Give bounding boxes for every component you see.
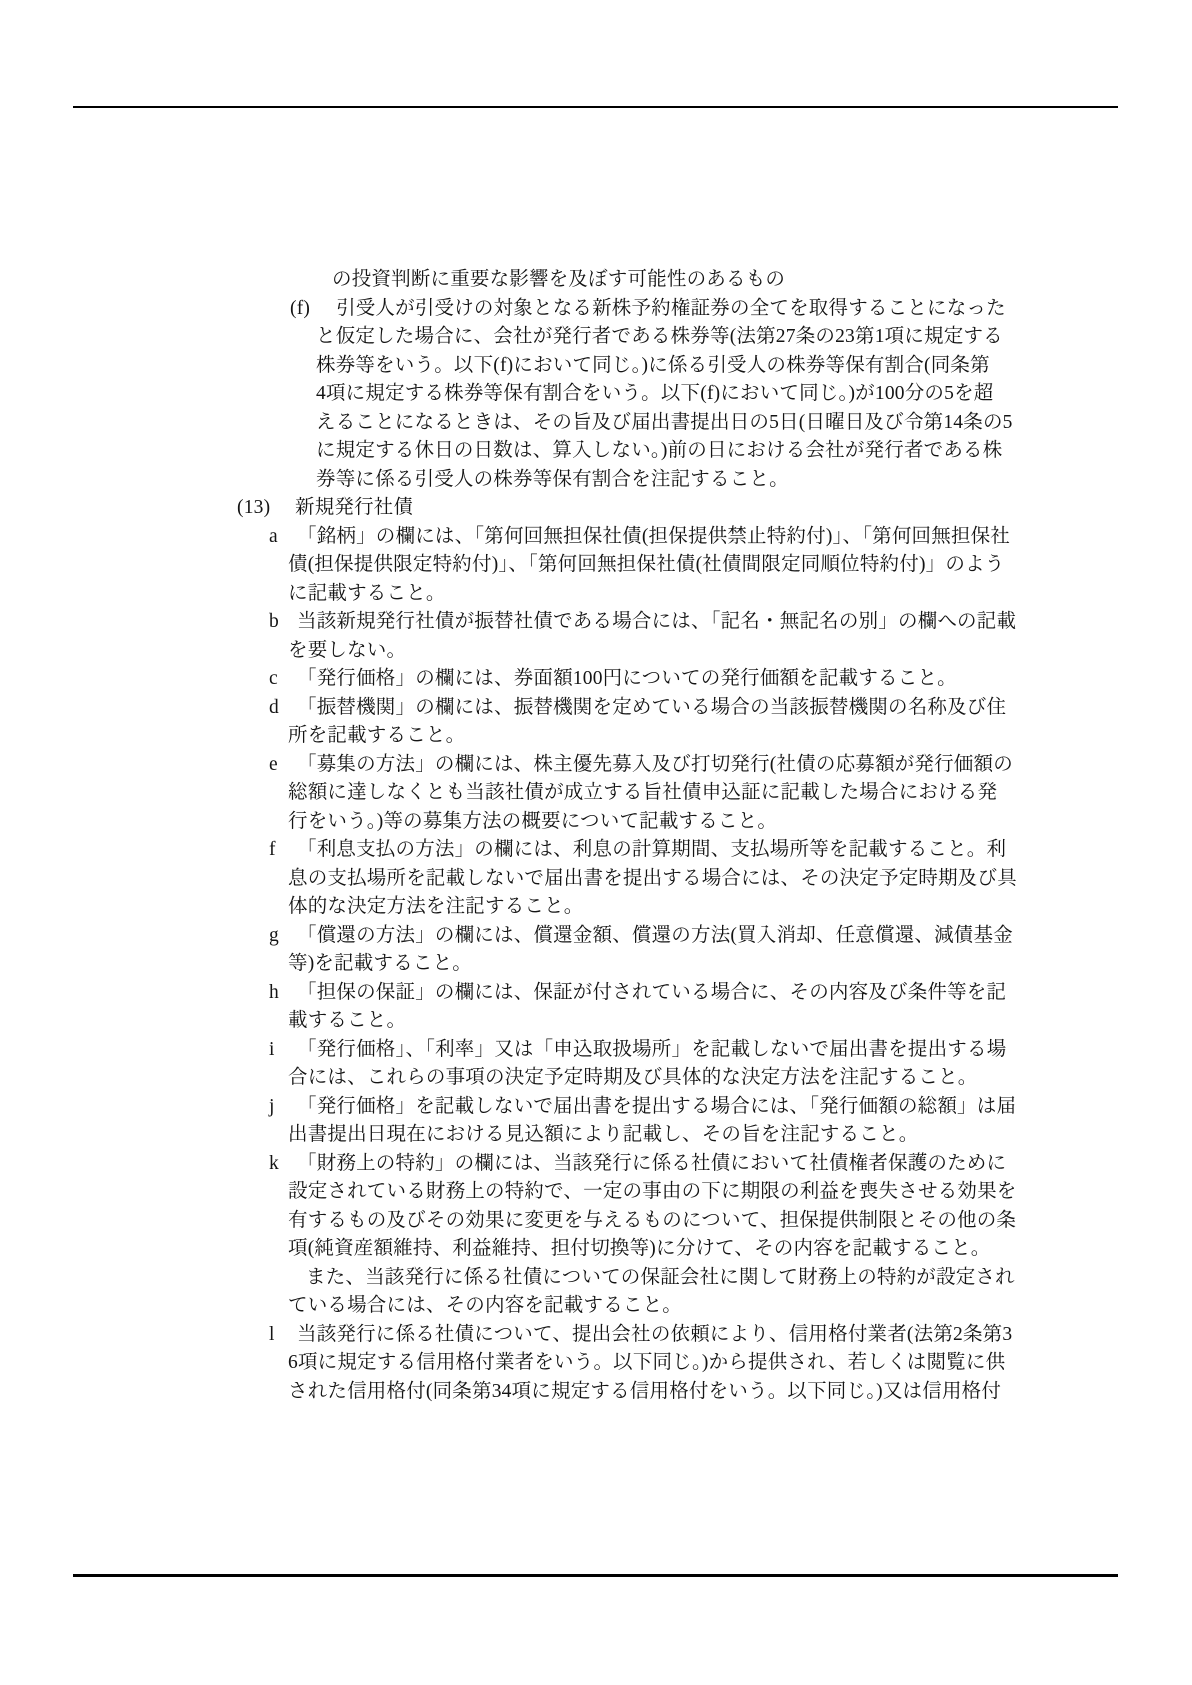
line-text: 「発行価格」、「利率」又は「申込取扱場所」を記載しないで届出書を提出する場: [297, 1039, 1006, 1060]
text-line: 載すること。: [0, 1007, 1192, 1036]
text-line: ている場合には、その内容を記載すること。: [0, 1292, 1192, 1321]
line-text: を要しない。: [288, 640, 406, 661]
item-marker: l: [269, 1321, 297, 1350]
text-line: の投資判断に重要な影響を及ぼす可能性のあるもの: [0, 266, 1192, 295]
line-text: と仮定した場合に、会社が発行者である株券等(法第27条の23第1項に規定する: [316, 326, 1003, 347]
text-line: えることになるときは、その旨及び届出書提出日の5日(日曜日及び令第14条の5: [0, 409, 1192, 438]
text-line: と仮定した場合に、会社が発行者である株券等(法第27条の23第1項に規定する: [0, 323, 1192, 352]
text-line: 所を記載すること。: [0, 722, 1192, 751]
line-text: 「募集の方法」の欄には、株主優先募入及び打切発行(社債の応募額が発行価額の: [297, 754, 1013, 775]
line-text: 「償還の方法」の欄には、償還金額、償還の方法(買入消却、任意償還、減債基金: [297, 925, 1013, 946]
text-line: 総額に達しなくとも当該社債が成立する旨社債申込証に記載した場合における発: [0, 779, 1192, 808]
text-line: また、当該発行に係る社債についての保証会社に関して財務上の特約が設定され: [0, 1264, 1192, 1293]
line-text: 新規発行社債: [295, 497, 413, 518]
text-line: 有するもの及びその効果に変更を与えるものについて、担保提供制限とその他の条: [0, 1207, 1192, 1236]
text-line: 等)を記載すること。: [0, 950, 1192, 979]
text-line: l当該発行に係る社債について、提出会社の依頼により、信用格付業者(法第2条第3: [0, 1321, 1192, 1350]
item-marker: j: [269, 1093, 297, 1122]
line-text: 体的な決定方法を注記すること。: [288, 896, 584, 917]
text-line: に記載すること。: [0, 580, 1192, 609]
item-marker: i: [269, 1036, 297, 1065]
text-line: 合には、これらの事項の決定予定時期及び具体的な決定方法を注記すること。: [0, 1064, 1192, 1093]
line-text: 株券等をいう。以下(f)において同じ。)に係る引受人の株券等保有割合(同条第: [316, 355, 990, 376]
text-line: に規定する休日の日数は、算入しない。)前の日における会社が発行者である株: [0, 437, 1192, 466]
text-line: f「利息支払の方法」の欄には、利息の計算期間、支払場所等を記載すること。利: [0, 836, 1192, 865]
line-text: 「財務上の特約」の欄には、当該発行に係る社債において社債権者保護のために: [297, 1153, 1006, 1174]
text-line: 6項に規定する信用格付業者をいう。以下同じ。)から提供され、若しくは閲覧に供: [0, 1349, 1192, 1378]
text-line: された信用格付(同条第34項に規定する信用格付をいう。以下同じ。)又は信用格付: [0, 1378, 1192, 1407]
line-text: に記載すること。: [288, 583, 446, 604]
footer-rule: [73, 1574, 1118, 1577]
line-text: ている場合には、その内容を記載すること。: [288, 1295, 682, 1316]
item-marker: e: [269, 751, 297, 780]
text-line: 株券等をいう。以下(f)において同じ。)に係る引受人の株券等保有割合(同条第: [0, 352, 1192, 381]
line-text: 設定されている財務上の特約で、一定の事由の下に期限の利益を喪失させる効果を: [288, 1181, 1017, 1202]
line-text: 「担保の保証」の欄には、保証が付されている場合に、その内容及び条件等を記: [297, 982, 1006, 1003]
item-marker: k: [269, 1150, 297, 1179]
text-line: h「担保の保証」の欄には、保証が付されている場合に、その内容及び条件等を記: [0, 979, 1192, 1008]
header-rule: [73, 106, 1118, 108]
item-marker: b: [269, 608, 297, 637]
text-line: を要しない。: [0, 637, 1192, 666]
line-text: 「利息支払の方法」の欄には、利息の計算期間、支払場所等を記載すること。利: [297, 839, 1006, 860]
line-text: 「振替機関」の欄には、振替機関を定めている場合の当該振替機関の名称及び住: [297, 697, 1006, 718]
text-line: j「発行価格」を記載しないで届出書を提出する場合には、「発行価額の総額」は届: [0, 1093, 1192, 1122]
line-text: 券等に係る引受人の株券等保有割合を注記すること。: [316, 469, 789, 490]
item-marker: a: [269, 523, 297, 552]
text-line: 出書提出日現在における見込額により記載し、その旨を注記すること。: [0, 1121, 1192, 1150]
text-line: a「銘柄」の欄には、「第何回無担保社債(担保提供禁止特約付)」、「第何回無担保社: [0, 523, 1192, 552]
text-line: (13)新規発行社債: [0, 494, 1192, 523]
text-line: e「募集の方法」の欄には、株主優先募入及び打切発行(社債の応募額が発行価額の: [0, 751, 1192, 780]
text-line: 体的な決定方法を注記すること。: [0, 893, 1192, 922]
text-line: g「償還の方法」の欄には、償還金額、償還の方法(買入消却、任意償還、減債基金: [0, 922, 1192, 951]
line-text: 4項に規定する株券等保有割合をいう。以下(f)において同じ。)が100分の5を超: [316, 383, 993, 404]
text-line: 息の支払場所を記載しないで届出書を提出する場合には、その決定予定時期及び具: [0, 865, 1192, 894]
line-text: えることになるときは、その旨及び届出書提出日の5日(日曜日及び令第14条の5: [316, 412, 1013, 433]
line-text: 所を記載すること。: [288, 725, 465, 746]
line-text: 行をいう。)等の募集方法の概要について記載すること。: [288, 811, 777, 832]
item-marker: (f): [290, 295, 336, 324]
line-text: された信用格付(同条第34項に規定する信用格付をいう。以下同じ。)又は信用格付: [288, 1381, 1001, 1402]
line-text: 載すること。: [288, 1010, 406, 1031]
text-line: 券等に係る引受人の株券等保有割合を注記すること。: [0, 466, 1192, 495]
text-line: d「振替機関」の欄には、振替機関を定めている場合の当該振替機関の名称及び住: [0, 694, 1192, 723]
text-line: 項(純資産額維持、利益維持、担付切換等)に分けて、その内容を記載すること。: [0, 1235, 1192, 1264]
line-text: 6項に規定する信用格付業者をいう。以下同じ。)から提供され、若しくは閲覧に供: [288, 1352, 1005, 1373]
line-text: に規定する休日の日数は、算入しない。)前の日における会社が発行者である株: [316, 440, 1002, 461]
item-marker: g: [269, 922, 297, 951]
line-text: 有するもの及びその効果に変更を与えるものについて、担保提供制限とその他の条: [288, 1210, 1016, 1231]
line-text: 引受人が引受けの対象となる新株予約権証券の全てを取得することになった: [336, 298, 1006, 319]
item-marker: h: [269, 979, 297, 1008]
line-text: 出書提出日現在における見込額により記載し、その旨を注記すること。: [288, 1124, 918, 1145]
line-text: 当該新規発行社債が振替社債である場合には、「記名・無記名の別」の欄への記載: [297, 611, 1016, 632]
line-text: 「銘柄」の欄には、「第何回無担保社債(担保提供禁止特約付)」、「第何回無担保社: [297, 526, 1010, 547]
text-line: 行をいう。)等の募集方法の概要について記載すること。: [0, 808, 1192, 837]
line-text: 「発行価格」を記載しないで届出書を提出する場合には、「発行価額の総額」は届: [297, 1096, 1016, 1117]
text-line: i「発行価格」、「利率」又は「申込取扱場所」を記載しないで届出書を提出する場: [0, 1036, 1192, 1065]
line-text: 合には、これらの事項の決定予定時期及び具体的な決定方法を注記すること。: [288, 1067, 978, 1088]
item-marker: c: [269, 665, 297, 694]
line-text: 等)を記載すること。: [288, 953, 472, 974]
line-text: 「発行価格」の欄には、券面額100円についての発行価額を記載すること。: [297, 668, 957, 689]
line-text: 息の支払場所を記載しないで届出書を提出する場合には、その決定予定時期及び具: [288, 868, 1017, 889]
text-line: k「財務上の特約」の欄には、当該発行に係る社債において社債権者保護のために: [0, 1150, 1192, 1179]
document-page: の投資判断に重要な影響を及ぼす可能性のあるもの(f)引受人が引受けの対象となる新…: [0, 0, 1192, 1685]
text-line: (f)引受人が引受けの対象となる新株予約権証券の全てを取得することになった: [0, 295, 1192, 324]
text-line: 設定されている財務上の特約で、一定の事由の下に期限の利益を喪失させる効果を: [0, 1178, 1192, 1207]
line-text: 当該発行に係る社債について、提出会社の依頼により、信用格付業者(法第2条第3: [297, 1324, 1012, 1345]
text-line: b当該新規発行社債が振替社債である場合には、「記名・無記名の別」の欄への記載: [0, 608, 1192, 637]
text-line: 4項に規定する株券等保有割合をいう。以下(f)において同じ。)が100分の5を超: [0, 380, 1192, 409]
line-text: 債(担保提供限定特約付)」、「第何回無担保社債(社債間限定同順位特約付)」のよう: [288, 554, 1004, 575]
line-text: 総額に達しなくとも当該社債が成立する旨社債申込証に記載した場合における発: [288, 782, 997, 803]
line-text: の投資判断に重要な影響を及ぼす可能性のあるもの: [332, 269, 785, 290]
document-text: の投資判断に重要な影響を及ぼす可能性のあるもの(f)引受人が引受けの対象となる新…: [0, 266, 1192, 1406]
text-line: 債(担保提供限定特約付)」、「第何回無担保社債(社債間限定同順位特約付)」のよう: [0, 551, 1192, 580]
item-marker: d: [269, 694, 297, 723]
line-text: また、当該発行に係る社債についての保証会社に関して財務上の特約が設定され: [306, 1267, 1015, 1288]
item-marker: f: [269, 836, 297, 865]
item-marker: (13): [237, 494, 295, 523]
text-line: c「発行価格」の欄には、券面額100円についての発行価額を記載すること。: [0, 665, 1192, 694]
line-text: 項(純資産額維持、利益維持、担付切換等)に分けて、その内容を記載すること。: [288, 1238, 991, 1259]
